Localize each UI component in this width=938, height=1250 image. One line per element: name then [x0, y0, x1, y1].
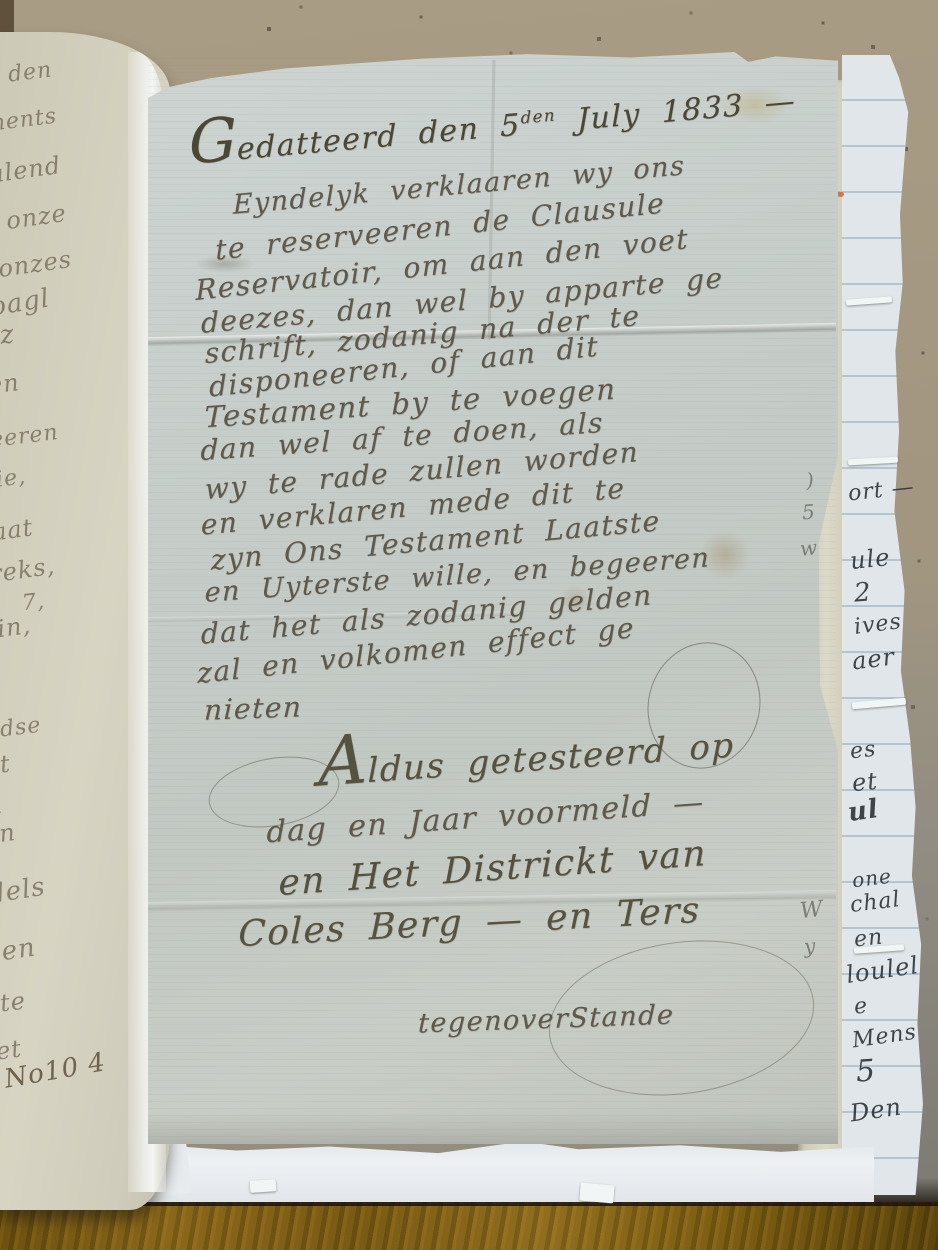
middle-strip-fragment: W [799, 897, 824, 924]
handwriting-line: nieten [203, 690, 303, 726]
right-page-text-fragment: 2 [853, 577, 873, 608]
right-page-text-fragment: aer [850, 642, 896, 675]
left-page-text-fragment: te [0, 987, 27, 1018]
right-page-text-fragment: 5 [855, 1053, 877, 1089]
middle-strip-fragment: w [799, 535, 819, 561]
page-stack-notch [250, 1179, 277, 1193]
right-page-text-fragment: ule [849, 543, 892, 575]
page-stack-notch [579, 1183, 614, 1204]
main-page-text: Gedatteerd den 5den July 1833 — Eyndelyk… [148, 52, 838, 1144]
right-page-text-fragment: ul [846, 794, 881, 828]
date-suffix: July 1833 — [556, 83, 797, 139]
left-page-text-fragment: aat [0, 513, 35, 546]
right-page-text-fragment: en [853, 925, 885, 953]
photo-of-manuscript: den ments ulend onze onzes oagl z en eer… [0, 0, 938, 1250]
wood-grain-texture [0, 1202, 938, 1250]
middle-strip-fragment: 5 [801, 499, 816, 524]
middle-strip-fragment: y [803, 934, 816, 959]
date-superscript: den [520, 105, 556, 127]
right-page-text-fragment: e [853, 993, 870, 1019]
right-page-text-fragment: ort — [847, 475, 916, 507]
page-stack-edge [96, 1136, 874, 1202]
left-page-text-fragment: en [0, 368, 21, 400]
pen-flourish-oval [539, 924, 825, 1112]
left-page-text-fragment: ie, [0, 464, 27, 492]
left-page-text-fragment: den [7, 57, 54, 87]
right-page-text-fragment: es [849, 737, 878, 765]
right-page-text-fragment: et [851, 767, 880, 798]
date-prefix: Gedatteerd den 5 [189, 107, 521, 171]
date-line: Gedatteerd den 5den July 1833 — [189, 83, 797, 171]
